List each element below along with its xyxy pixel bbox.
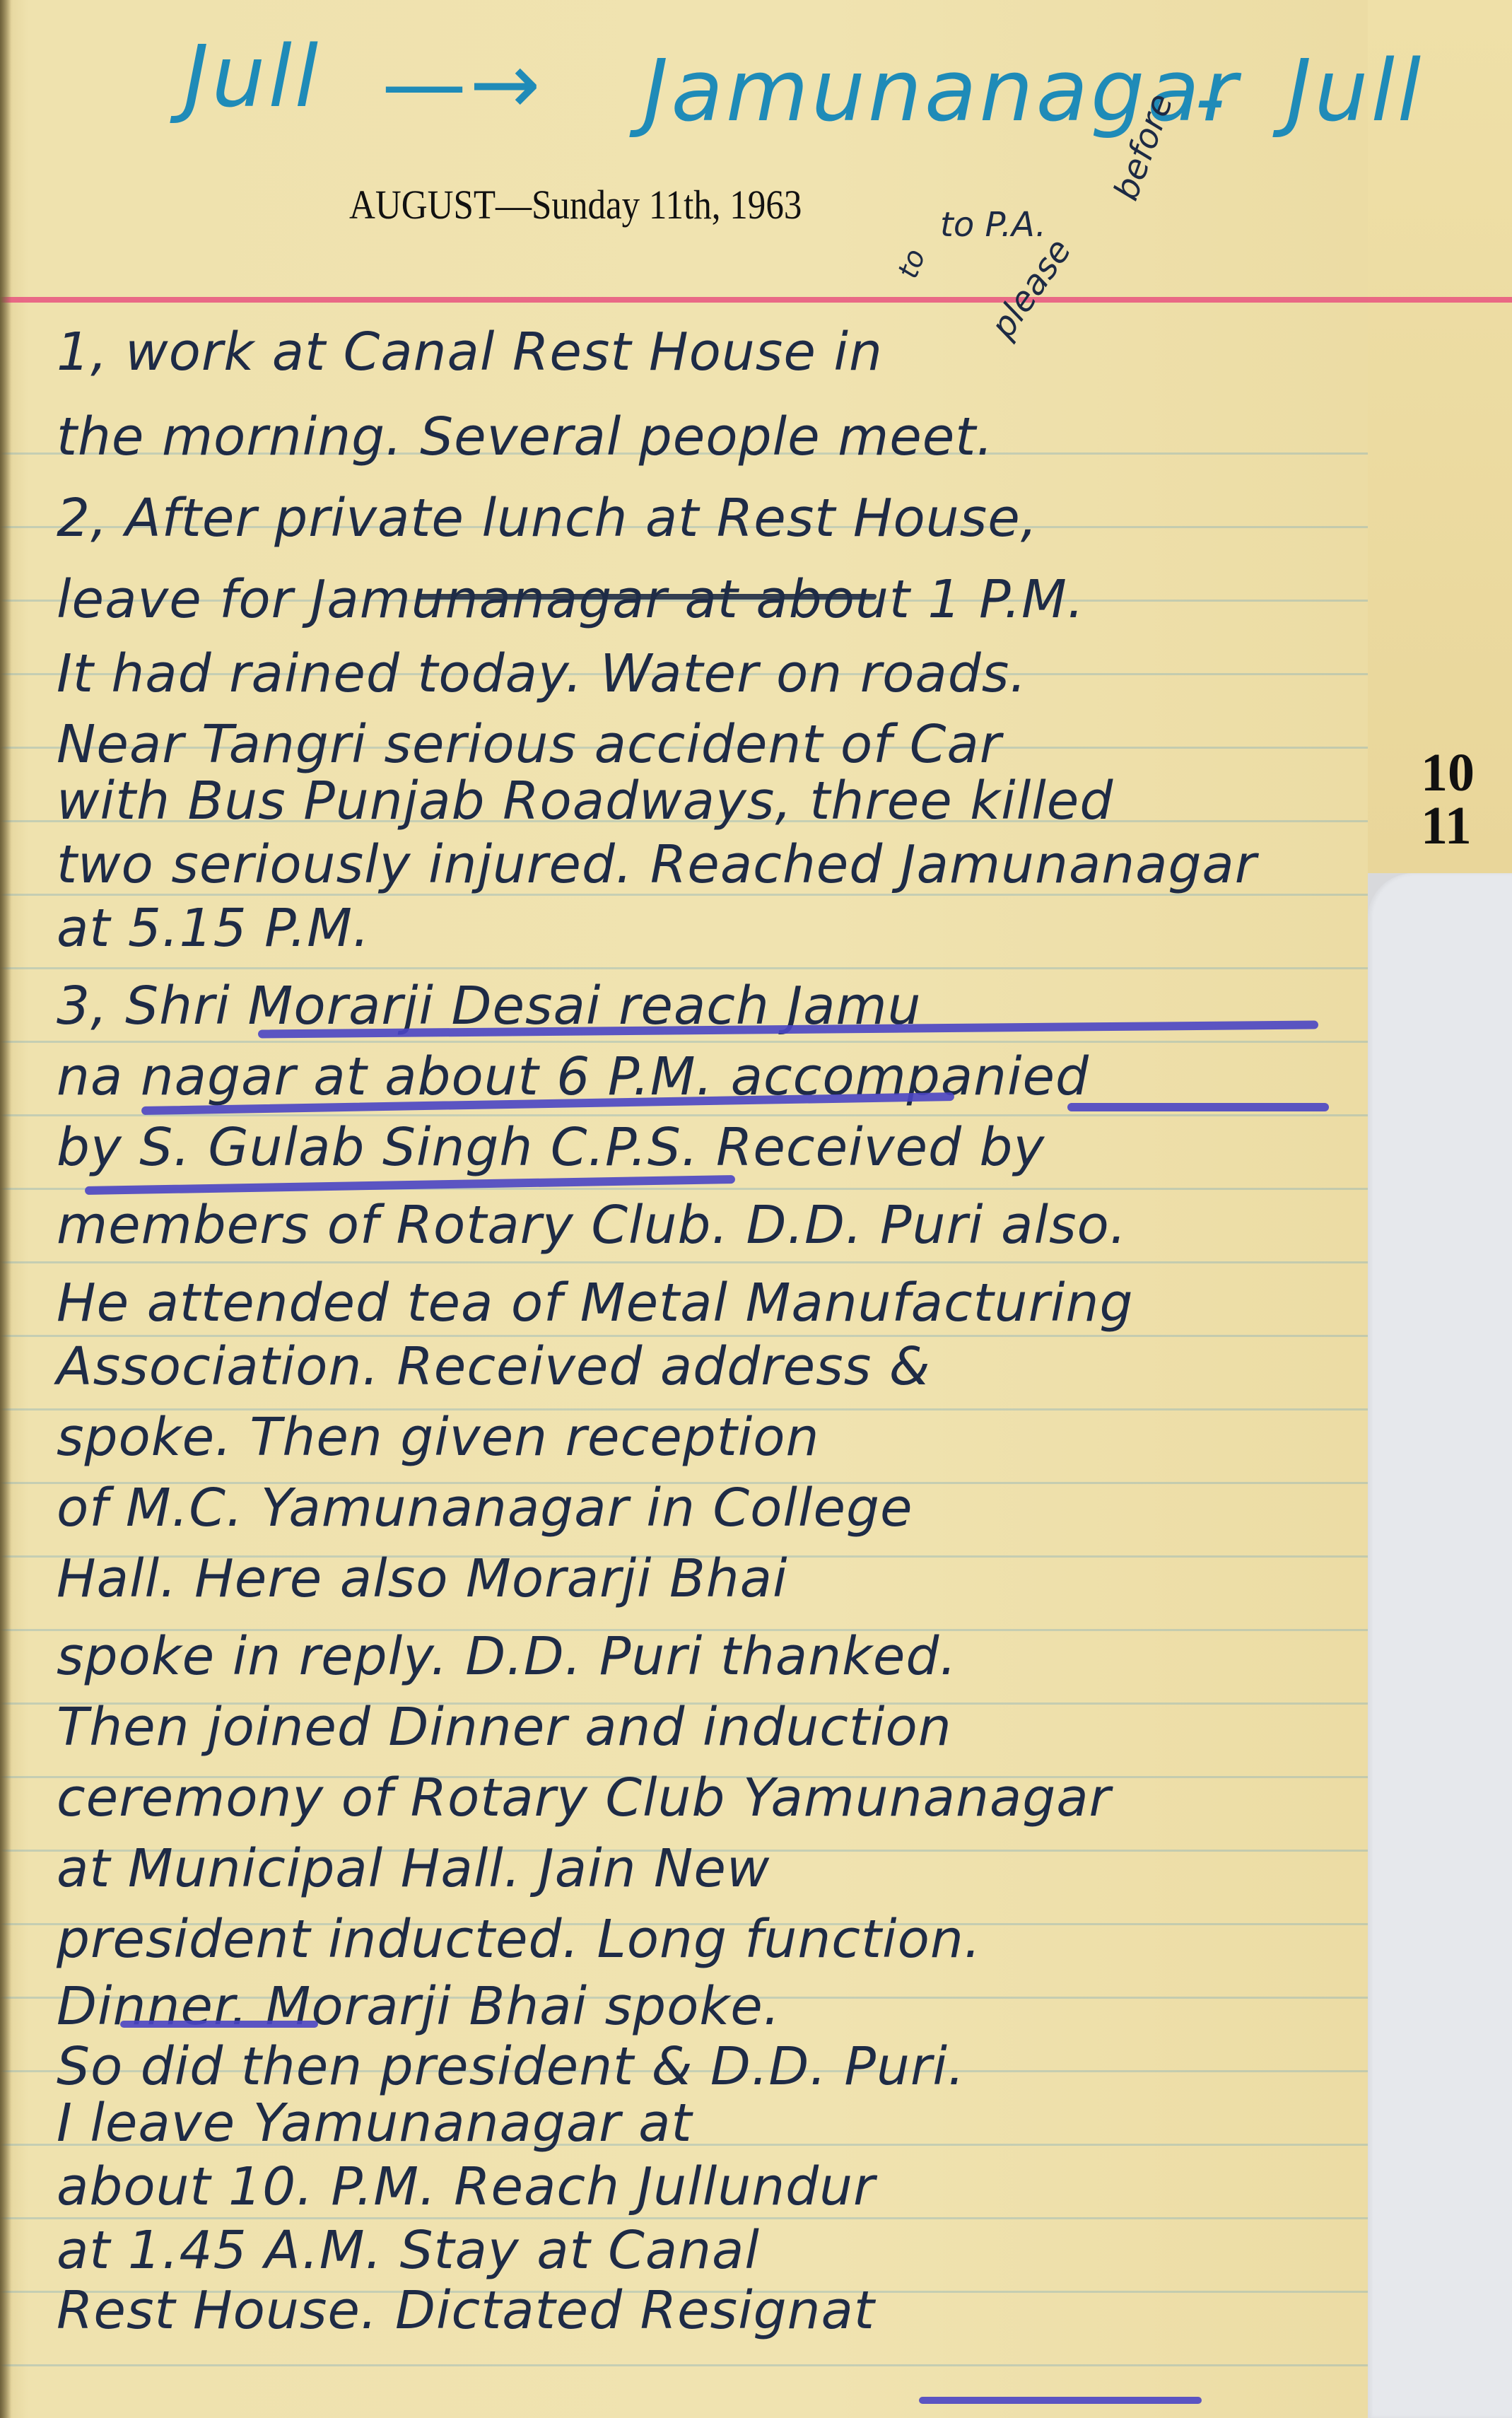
underlying-white-sheet (1368, 873, 1512, 2418)
entry-line: Association. Received address & (57, 1336, 1343, 1397)
route-heading: Jull —→ Jamunanagar - Jull (184, 14, 1456, 170)
entry-line: at Municipal Hall. Jain New (57, 1838, 1343, 1899)
day-number-10: 10 (1421, 742, 1475, 804)
entry-line: spoke. Then given reception (57, 1407, 1343, 1468)
route-to: Jull (1287, 42, 1424, 141)
entry-line: I leave Yamunanagar at (57, 2093, 1343, 2154)
underline-accompanied (1067, 1103, 1329, 1111)
entry-line: He attended tea of Metal Manufacturing (57, 1273, 1343, 1333)
route-separator: - (1195, 49, 1228, 148)
entry-line: ceremony of Rotary Club Yamunanagar (57, 1768, 1343, 1828)
entry-line: It had rained today. Water on roads. (57, 643, 1343, 704)
ruled-line (0, 1261, 1368, 1263)
entry-line: of M.C. Yamunanagar in College (57, 1478, 1343, 1538)
entry-line: members of Rotary Club. D.D. Puri also. (57, 1195, 1343, 1256)
entry-line: Dinner. Morarji Bhai spoke. (57, 1976, 1343, 2037)
arrow-icon: —→ (382, 35, 544, 134)
entry-line: at 1.45 A.M. Stay at Canal (57, 2220, 1343, 2281)
entry-line: 2, After private lunch at Rest House, (57, 488, 1343, 549)
underline-jamunanagar (417, 594, 877, 600)
binding-edge (0, 0, 11, 2418)
entry-line: Near Tangri serious accident of Car (57, 714, 1343, 775)
route-from: Jull (184, 28, 321, 127)
ruled-line (0, 2217, 1368, 2219)
entry-line: about 10. P.M. Reach Jullundur (57, 2156, 1343, 2217)
entry-line: Rest House. Dictated Resignat (57, 2280, 1343, 2341)
day-number-11: 11 (1421, 795, 1472, 857)
entry-line: president inducted. Long function. (57, 1909, 1343, 1970)
entry-line: Then joined Dinner and induction (57, 1697, 1343, 1758)
entry-line: 1, work at Canal Rest House in (57, 322, 1343, 382)
ruled-line (0, 2364, 1368, 2366)
ruled-line (0, 967, 1368, 969)
entry-line: with Bus Punjab Roadways, three killed (57, 771, 1343, 831)
entry-line: So did then president & D.D. Puri. (57, 2036, 1343, 2097)
entry-line: leave for Jamunanagar at about 1 P.M. (57, 569, 1343, 630)
red-header-rule (0, 297, 1512, 303)
entry-line: at 5.15 P.M. (57, 898, 1343, 959)
entry-line: by S. Gulab Singh C.P.S. Received by (57, 1117, 1343, 1178)
entry-line: two seriously injured. Reached Jamunanag… (57, 834, 1343, 895)
printed-date: AUGUST—Sunday 11th, 1963 (349, 181, 802, 228)
underline-dictated (919, 2397, 1202, 2404)
entry-line: the morning. Several people meet. (57, 407, 1343, 467)
entry-line: spoke in reply. D.D. Puri thanked. (57, 1626, 1343, 1687)
entry-line: Hall. Here also Morarji Bhai (57, 1548, 1343, 1609)
ruled-line (0, 1041, 1368, 1043)
underline-dinner (120, 2021, 318, 2028)
ruled-line (0, 1114, 1368, 1116)
annotation-pa: to P.A. (940, 205, 1046, 245)
